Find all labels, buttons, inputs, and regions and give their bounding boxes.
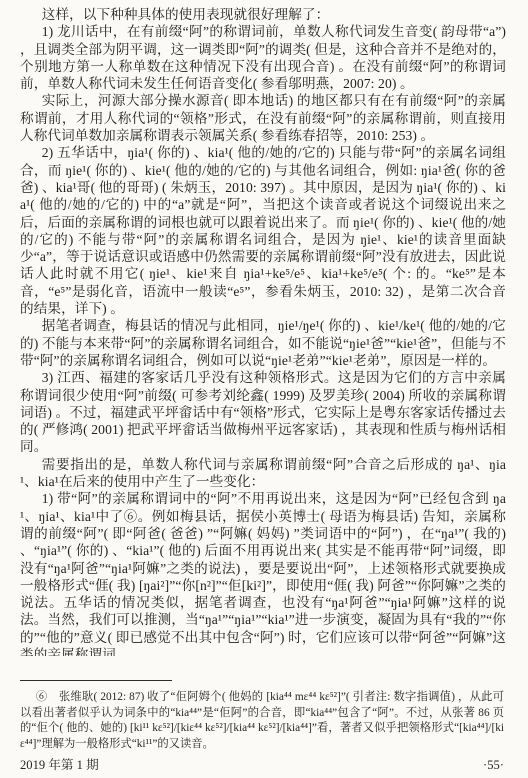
paragraph-changes-intro: 需要指出的是，单数人称代词与亲属称谓前缀“阿”合音之后形成的 ŋa¹、ŋia¹、… [20, 456, 506, 491]
footnote-6: ⑥ 张维耿( 2012: 87) 收了“佢阿姆个( 他妈的 [kia⁴⁴ mɛ⁴… [20, 690, 504, 752]
article-body: 这样，以下种种具体的使用表现就很好理解了： 1) 龙川话中，在有前缀“阿”的称谓… [20, 6, 506, 656]
paragraph-wuhua: 2) 五华话中，ŋia¹( 你的) 、kia¹( 他的/她的/它的) 只能与带“… [20, 144, 506, 317]
footnote-separator [20, 680, 172, 681]
journal-page: 这样，以下种种具体的使用表现就很好理解了： 1) 龙川话中，在有前缀“阿”的称谓… [0, 0, 528, 778]
paragraph-longchuan: 1) 龙川话中，在有前缀“阿”的称谓词前，单数人称代词发生音变( 韵母带“a”)… [20, 23, 506, 92]
paragraph-jiangxi-fujian: 3) 江西、福建的客家话几乎没有这种领格形式。这是因为它们的方言中亲属称谓词很少… [20, 369, 506, 455]
page-footer: 2019 年第 1 期 ·55· [20, 754, 504, 773]
page-number: ·55· [483, 758, 504, 773]
journal-issue: 2019 年第 1 期 [20, 754, 99, 773]
paragraph-change-1: 1) 带“阿”的亲属称谓词中的“阿”不用再说出来，这是因为“阿”已经包含到 ŋa… [20, 490, 506, 656]
footnote-block: ⑥ 张维耿( 2012: 87) 收了“佢阿姆个( 他妈的 [kia⁴⁴ mɛ⁴… [20, 680, 504, 752]
paragraph-heyuan: 实际上，河源大部分操水源音( 即本地话) 的地区都只有在有前缀“阿”的亲属称谓前… [20, 92, 506, 144]
paragraph-intro: 这样，以下种种具体的使用表现就很好理解了： [20, 6, 506, 23]
paragraph-meixian: 据笔者调查，梅县话的情况与此相同，ŋie¹/ŋe¹( 你的) 、kie¹/ke¹… [20, 317, 506, 369]
